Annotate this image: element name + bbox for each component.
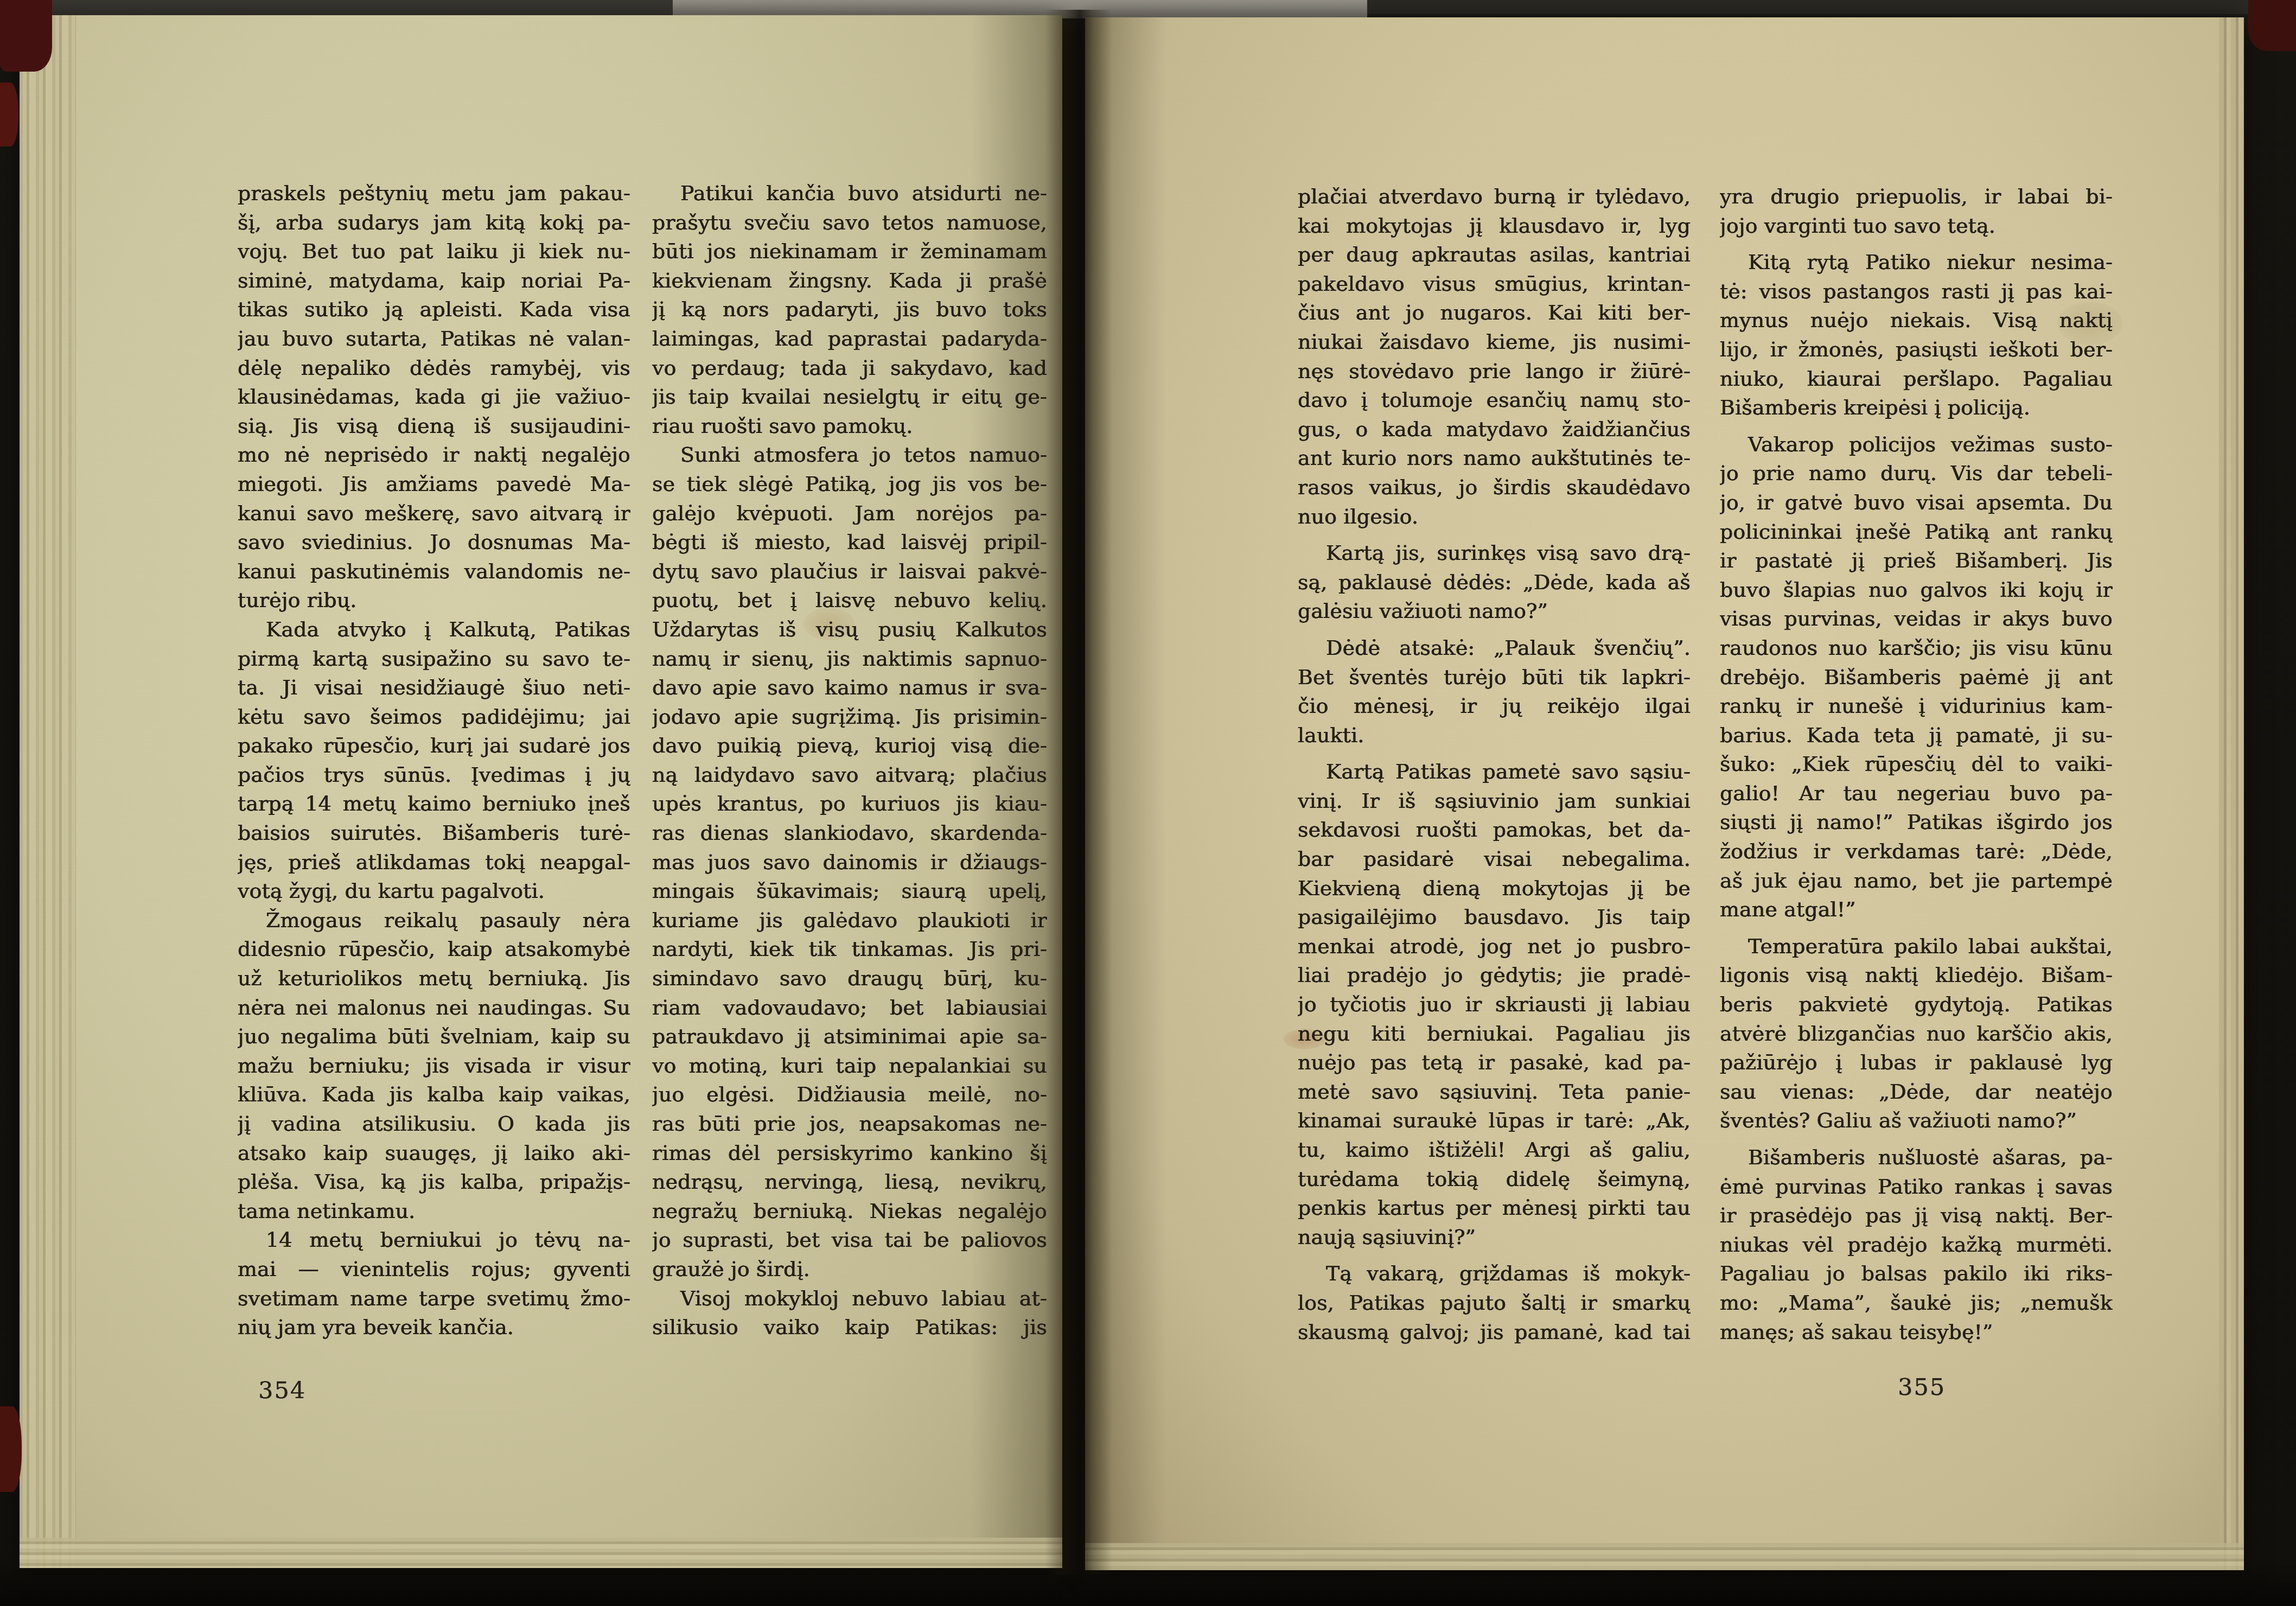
scanner-edge-right	[1367, 0, 2252, 14]
text-line: miegoti. Jis amžiams pavedė Ma-	[238, 470, 630, 499]
text-line: Kiekvieną dieną mokytojas jį be	[1298, 874, 1691, 903]
text-line: prašytu svečiu savo tetos namuose,	[652, 208, 1047, 238]
page-deckle-edge	[2219, 17, 2244, 1570]
text-line: silikusio vaiko kaip Patikas: jis	[652, 1313, 1047, 1342]
book-scan: praskels peštynių metu jam pakau-šį, arb…	[0, 0, 2296, 1606]
text-line: kuriame jis galėdavo plaukioti ir	[652, 906, 1047, 935]
text-line: nuo ilgesio.	[1298, 502, 1691, 532]
text-line: nedrąsų, nervingą, liesą, nevikrų,	[652, 1168, 1047, 1197]
text-line: nęs stovėdavo prie lango ir žiūrė-	[1298, 357, 1691, 386]
page-bottom-edge	[1085, 1543, 2244, 1570]
text-line: tikas sutiko ją apleisti. Kada visa	[238, 295, 630, 324]
text-line: Pagaliau jo balsas pakilo iki riks-	[1720, 1259, 2113, 1289]
text-line: visas purvinas, veidas ir akys buvo	[1720, 604, 2113, 634]
text-line: mas juos savo dainomis ir džiaugs-	[652, 848, 1047, 877]
text-line: penkis kartus per mėnesį pirkti tau	[1298, 1194, 1691, 1223]
text-line: lijo, ir žmonės, pasiųsti ieškoti ber-	[1720, 335, 2113, 365]
text-line: yra drugio priepuolis, ir labai bi-	[1720, 182, 2113, 212]
text-line: ta. Ji visai nesidžiaugė šiuo neti-	[238, 673, 630, 703]
text-line: siųsti jį namo!” Patikas išgirdo jos	[1720, 808, 2113, 837]
text-line: už keturiolikos metų berniuką. Jis	[238, 964, 630, 993]
text-line: mynus nuėjo niekais. Visą naktį	[1720, 306, 2113, 335]
text-line: Kartą jis, surinkęs visą savo drą-	[1298, 539, 1691, 568]
text-line: Patikui kančia buvo atsidurti ne-	[652, 179, 1047, 208]
text-line: plėša. Visa, ką jis kalba, pripažįs-	[238, 1168, 630, 1197]
text-line: mo nė neprisėdo ir naktį negalėjo	[238, 441, 630, 470]
text-line: jęs, prieš atlikdamas tokį neapgal-	[238, 848, 630, 877]
text-line: jo suprasti, bet visa tai be paliovos	[652, 1226, 1047, 1255]
text-line: negu kiti berniukai. Pagaliau jis	[1298, 1019, 1691, 1049]
text-line: metė savo sąsiuvinį. Teta panie-	[1298, 1078, 1691, 1107]
page-number-right: 355	[1898, 1374, 1946, 1401]
red-mark	[2248, 0, 2296, 51]
text-line: davo puikią pievą, kurioj visą die-	[652, 731, 1047, 761]
text-line: jojo varginti tuo savo tetą.	[1720, 212, 2113, 241]
text-line: kanui paskutinėmis valandomis ne-	[238, 557, 630, 587]
text-line: per daug apkrautas asilas, kantriai	[1298, 240, 1691, 270]
text-line: Bišamberis nušluostė ašaras, pa-	[1720, 1143, 2113, 1172]
text-line: baisios suirutės. Bišamberis turė-	[238, 819, 630, 848]
text-line: mingais šūkavimais; siaurą upelį,	[652, 877, 1047, 906]
text-line: jodavo apie sugrįžimą. Jis prisimin-	[652, 703, 1047, 732]
text-line: praskels peštynių metu jam pakau-	[238, 179, 630, 208]
text-line: čio mėnesį, ir jų reikėjo ilgai	[1298, 692, 1691, 721]
text-line: aš juk ėjau namo, bet jie partempė	[1720, 866, 2113, 896]
text-line: sau vienas: „Dėde, dar neatėjo	[1720, 1078, 2113, 1107]
text-line: pirmą kartą susipažino su savo te-	[238, 645, 630, 674]
text-line: ir prasėdėjo pas jį visą naktį. Ber-	[1720, 1201, 2113, 1231]
page-number-left: 354	[258, 1377, 306, 1404]
text-line: 14 metų berniukui jo tėvų na-	[238, 1226, 630, 1255]
text-line: tarpą 14 metų kaimo berniuko įneš	[238, 789, 630, 819]
text-line: Bet šventės turėjo būti tik lapkri-	[1298, 663, 1691, 692]
red-mark	[0, 82, 18, 146]
text-line: šuko: „Kiek rūpesčių dėl to vaiki-	[1720, 750, 2113, 779]
text-line: tama netinkamu.	[238, 1197, 630, 1226]
text-line: jo, ir gatvė buvo visai apsemta. Du	[1720, 488, 2113, 518]
text-line: jį vadina atsilikusiu. O kada jis	[238, 1110, 630, 1139]
text-line: kėtu savo šeimos padidėjimu; jai	[238, 703, 630, 732]
text-line: skausmą galvoj; jis pamanė, kad tai	[1298, 1318, 1691, 1347]
text-line: nuėjo pas tetą ir pasakė, kad pa-	[1298, 1048, 1691, 1078]
text-line: nardyti, kiek tik tinkamas. Jis pri-	[652, 935, 1047, 964]
text-line: ėmė purvinas Patiko rankas į savas	[1720, 1172, 2113, 1202]
text-line: buvo šlapias nuo galvos iki kojų ir	[1720, 576, 2113, 605]
text-line: juo elgėsi. Didžiausia meilė, no-	[652, 1080, 1047, 1110]
text-line: Kartą Patikas pametė savo sąsiu-	[1298, 757, 1691, 787]
text-line: ną laidydavo savo aitvarą; plačius	[652, 761, 1047, 790]
text-column: Patikui kančia buvo atsidurti ne-prašytu…	[652, 179, 1047, 1342]
text-line: namų ir sienų, jis naktimis sapnuo-	[652, 645, 1047, 674]
text-line: ras dienas slankiodavo, skardenda-	[652, 819, 1047, 848]
book-spine-shadow	[1045, 10, 1112, 1575]
text-line: Kitą rytą Patiko niekur nesima-	[1720, 248, 2113, 277]
text-line: niuko, kiaurai peršlapo. Pagaliau	[1720, 365, 2113, 394]
text-line: atsako kaip suaugęs, jį laiko aki-	[238, 1139, 630, 1168]
page-deckle-edge	[20, 15, 76, 1568]
text-line: dytų savo plaučius ir laisvai pakvė-	[652, 557, 1047, 587]
text-line: ir pastatė jį prieš Bišamberį. Jis	[1720, 546, 2113, 576]
text-line: vinį. Ir iš sąsiuvinio jam sunkiai	[1298, 787, 1691, 816]
text-line: upės krantus, po kuriuos jis kiau-	[652, 789, 1047, 819]
text-line: Kada atvyko į Kalkutą, Patikas	[238, 615, 630, 645]
text-line: tė: visos pastangos rasti jį pas kai-	[1720, 277, 2113, 307]
text-line: Uždarytas iš visų pusių Kalkutos	[652, 615, 1047, 645]
text-line: klausinėdamas, kada gi jie važiuo-	[238, 383, 630, 412]
text-line: Visoj mokykloj nebuvo labiau at-	[652, 1284, 1047, 1314]
text-line: gus, o kada matydavo žaidžiančius	[1298, 415, 1691, 444]
red-mark	[0, 1406, 22, 1492]
text-line: jau buvo sutarta, Patikas nė valan-	[238, 324, 630, 354]
text-line: mai — vienintelis rojus; gyventi	[238, 1255, 630, 1284]
text-line: laukti.	[1298, 721, 1691, 750]
text-line: šventės? Galiu aš važiuoti namo?”	[1720, 1106, 2113, 1136]
text-line: vo motiną, kuri taip nepalankiai su	[652, 1051, 1047, 1081]
text-line: svetimam name tarpe svetimų žmo-	[238, 1284, 630, 1314]
text-line: laimingas, kad paprastai padaryda-	[652, 324, 1047, 354]
text-line: ant kurio nors namo aukštutinės te-	[1298, 444, 1691, 473]
text-line: barius. Kada teta jį pamatė, ji su-	[1720, 721, 2113, 750]
text-line: kiekvienam žingsny. Kada ji prašė	[652, 266, 1047, 296]
text-line: būti jos niekinamam ir žeminamam	[652, 237, 1047, 266]
text-line: galėjo kvėpuoti. Jam norėjos pa-	[652, 499, 1047, 528]
text-line: pakeldavo visus smūgius, krintan-	[1298, 270, 1691, 299]
text-line: atvėrė blizgančias nuo karščio akis,	[1720, 1019, 2113, 1049]
page-bottom-edge	[20, 1538, 1062, 1568]
text-column: praskels peštynių metu jam pakau-šį, arb…	[238, 179, 630, 1342]
text-line: turėjo ribų.	[238, 586, 630, 615]
text-line: bar pasidarė visai nebegalima.	[1298, 845, 1691, 874]
text-line: los, Patikas pajuto šaltį ir smarkų	[1298, 1289, 1691, 1318]
text-column: yra drugio priepuolis, ir labai bi-jojo …	[1720, 182, 2113, 1347]
text-line: galėsiu važiuoti namo?”	[1298, 597, 1691, 626]
text-line: manęs; aš sakau teisybę!”	[1720, 1318, 2113, 1347]
text-line: kanui savo meškerę, savo aitvarą ir	[238, 499, 630, 528]
text-line: čius ant jo nugaros. Kai kiti ber-	[1298, 298, 1691, 328]
text-line: Vakarop policijos vežimas susto-	[1720, 430, 2113, 460]
text-line: pasigailėjimo bausdavo. Jis taip	[1298, 903, 1691, 932]
text-line: beris pakvietė gydytoją. Patikas	[1720, 990, 2113, 1019]
text-line: se tiek slėgė Patiką, jog jis vos be-	[652, 470, 1047, 499]
text-column: plačiai atverdavo burną ir tylėdavo,kai …	[1298, 182, 1691, 1347]
text-line: votą žygį, du kartu pagalvoti.	[238, 877, 630, 906]
text-line: kliūva. Kada jis kalba kaip vaikas,	[238, 1080, 630, 1110]
text-line: rankų ir nunešė į vidurinius kam-	[1720, 692, 2113, 721]
text-line: nėra nei malonus nei naudingas. Su	[238, 993, 630, 1023]
text-line: Bišamberis kreipėsi į policiją.	[1720, 393, 2113, 423]
text-line: vojų. Bet tuo pat laiku ji kiek nu-	[238, 237, 630, 266]
text-line: drebėjo. Bišamberis paėmė jį ant	[1720, 663, 2113, 692]
text-line: siminė, matydama, kaip noriai Pa-	[238, 266, 630, 296]
text-line: patraukdavo jį atsiminimai apie sa-	[652, 1022, 1047, 1051]
text-line: sią. Jis visą dieną iš susijaudini-	[238, 412, 630, 441]
text-line: sekdavosi ruošti pamokas, bet da-	[1298, 815, 1691, 845]
text-line: rimas dėl persiskyrimo kankino šį	[652, 1139, 1047, 1168]
text-line: Dėdė atsakė: „Palauk švenčių”.	[1298, 634, 1691, 663]
text-line: jis taip kvailai nesielgtų ir eitų ge-	[652, 383, 1047, 412]
text-line: Sunki atmosfera jo tetos namuo-	[652, 441, 1047, 470]
text-line: niukas vėl pradėjo kažką murmėti.	[1720, 1231, 2113, 1260]
text-line: tu, kaimo ištižėli! Argi aš galiu,	[1298, 1136, 1691, 1165]
text-line: mo: „Mama”, šaukė jis; „nemušk	[1720, 1289, 2113, 1318]
text-line: jo prie namo durų. Vis dar tebeli-	[1720, 459, 2113, 488]
text-line: vo perdaug; tada ji sakydavo, kad	[652, 354, 1047, 383]
text-line: davo apie savo kaimo namus ir sva-	[652, 673, 1047, 703]
text-line: žodžius ir verkdamas tarė: „Dėde,	[1720, 837, 2113, 866]
text-line: pačios trys sūnūs. Įvedimas į jų	[238, 761, 630, 790]
text-line: jį ką nors padaryti, jis buvo toks	[652, 295, 1047, 324]
text-line: ligonis visą naktį kliedėjo. Bišam-	[1720, 961, 2113, 990]
text-line: davo į tolumoje esančių namų sto-	[1298, 386, 1691, 415]
text-line: bėgti iš miesto, kad laisvėj pripil-	[652, 528, 1047, 557]
text-line: plačiai atverdavo burną ir tylėdavo,	[1298, 182, 1691, 212]
text-line: dėlę nepaliko dėdės ramybėj, vis	[238, 354, 630, 383]
text-line: menkai atrodė, jog net jo pusbro-	[1298, 932, 1691, 961]
text-line: kai mokytojas jį klausdavo ir, lyg	[1298, 212, 1691, 241]
text-line: mažu berniuku; jis visada ir visur	[238, 1051, 630, 1081]
text-line: didesnio rūpesčio, kaip atsakomybė	[238, 935, 630, 964]
text-line: raudonos nuo karščio; jis visu kūnu	[1720, 634, 2113, 663]
text-line: pakako rūpesčio, kurį jai sudarė jos	[238, 731, 630, 761]
text-line: są, paklausė dėdės: „Dėde, kada aš	[1298, 568, 1691, 597]
text-line: simindavo savo draugų būrį, ku-	[652, 964, 1047, 993]
text-line: riau ruošti savo pamokų.	[652, 412, 1047, 441]
text-line: rasos vaikus, jo širdis skaudėdavo	[1298, 473, 1691, 502]
text-line: niukai žaisdavo kieme, jis nusimi-	[1298, 328, 1691, 357]
scanner-edge-left	[48, 0, 673, 16]
text-line: šį, arba sudarys jam kitą kokį pa-	[238, 208, 630, 238]
text-line: turėdama tokią didelę šeimyną,	[1298, 1165, 1691, 1194]
text-line: pažiūrėjo į lubas ir paklausė lyg	[1720, 1048, 2113, 1078]
text-line: juo negalima būti švelniam, kaip su	[238, 1022, 630, 1051]
text-line: naują sąsiuvinį?”	[1298, 1223, 1691, 1252]
text-line: jo tyčiotis juo ir skriausti jį labiau	[1298, 990, 1691, 1019]
red-mark	[0, 0, 52, 72]
text-line: galio! Ar tau negeriau buvo pa-	[1720, 779, 2113, 808]
text-line: nių jam yra beveik kančia.	[238, 1313, 630, 1342]
text-line: kinamai suraukė lūpas ir tarė: „Ak,	[1298, 1106, 1691, 1136]
text-line: graužė jo širdį.	[652, 1255, 1047, 1284]
text-line: ras būti prie jos, neapsakomas ne-	[652, 1110, 1047, 1139]
text-line: negražų berniuką. Niekas negalėjo	[652, 1197, 1047, 1226]
text-line: policininkai įnešė Patiką ant rankų	[1720, 518, 2113, 547]
text-line: Tą vakarą, grįždamas iš mokyk-	[1298, 1259, 1691, 1289]
text-line: riam vadovaudavo; bet labiausiai	[652, 993, 1047, 1023]
text-line: puotų, bet į laisvę nebuvo kelių.	[652, 586, 1047, 615]
text-line: mane atgal!”	[1720, 895, 2113, 925]
text-line: liai pradėjo jo gėdytis; jie pradė-	[1298, 961, 1691, 990]
text-line: savo sviedinius. Jo dosnumas Ma-	[238, 528, 630, 557]
text-line: Žmogaus reikalų pasauly nėra	[238, 906, 630, 935]
text-line: Temperatūra pakilo labai aukštai,	[1720, 932, 2113, 961]
